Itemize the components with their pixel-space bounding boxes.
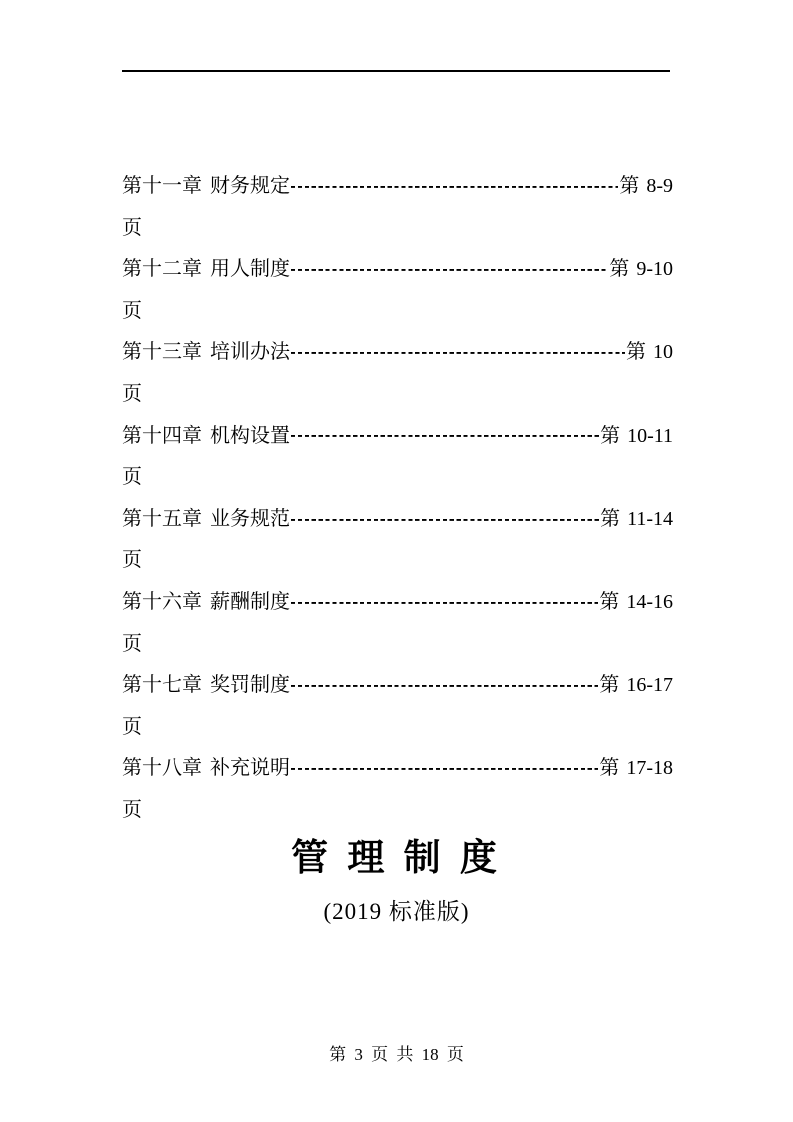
toc-entry: 第十三章 培训办法 第 10 页 bbox=[122, 332, 673, 415]
toc-page-number: 第 9-10 bbox=[609, 249, 673, 291]
doc-title: 管 理 制 度 bbox=[0, 836, 793, 882]
toc-entry: 第十五章 业务规范 第 11-14 页 bbox=[122, 499, 673, 582]
toc-page-number: 第 14-16 bbox=[599, 582, 673, 624]
toc-entry-line: 第十七章 奖罚制度 第 16-17 bbox=[122, 665, 673, 707]
toc-page-number: 第 17-18 bbox=[599, 748, 673, 790]
table-of-contents: 第十一章 财务规定 第 8-9 页 第十二章 用人制度 第 9-10 页 第十三… bbox=[122, 166, 673, 832]
toc-page-number: 第 11-14 bbox=[600, 499, 673, 541]
toc-page-number: 第 10 bbox=[626, 332, 673, 374]
toc-entry: 第十二章 用人制度 第 9-10 页 bbox=[122, 249, 673, 332]
toc-page-number: 第 10-11 bbox=[600, 416, 673, 458]
toc-entry-title: 第十一章 财务规定 bbox=[122, 166, 290, 208]
dash-leader bbox=[291, 332, 625, 374]
toc-entry-title: 第十四章 机构设置 bbox=[122, 416, 290, 458]
dash-leader bbox=[291, 582, 598, 624]
toc-entry-title: 第十二章 用人制度 bbox=[122, 249, 290, 291]
toc-entry: 第十四章 机构设置 第 10-11 页 bbox=[122, 416, 673, 499]
toc-entry: 第十八章 补充说明 第 17-18 页 bbox=[122, 748, 673, 831]
dash-leader bbox=[291, 499, 599, 541]
toc-entry-line: 第十二章 用人制度 第 9-10 bbox=[122, 249, 673, 291]
toc-entry: 第十一章 财务规定 第 8-9 页 bbox=[122, 166, 673, 249]
toc-entry: 第十六章 薪酬制度 第 14-16 页 bbox=[122, 582, 673, 665]
toc-entry-title: 第十五章 业务规范 bbox=[122, 499, 290, 541]
toc-wrap-text: 页 bbox=[122, 707, 673, 749]
dash-leader bbox=[291, 249, 608, 291]
toc-wrap-text: 页 bbox=[122, 208, 673, 250]
toc-wrap-text: 页 bbox=[122, 374, 673, 416]
toc-entry-title: 第十六章 薪酬制度 bbox=[122, 582, 290, 624]
toc-wrap-text: 页 bbox=[122, 624, 673, 666]
toc-entry-line: 第十六章 薪酬制度 第 14-16 bbox=[122, 582, 673, 624]
toc-entry-title: 第十三章 培训办法 bbox=[122, 332, 290, 374]
toc-entry-title: 第十七章 奖罚制度 bbox=[122, 665, 290, 707]
doc-subtitle: (2019 标准版) bbox=[0, 897, 793, 927]
toc-page-number: 第 16-17 bbox=[599, 665, 673, 707]
toc-entry-line: 第十三章 培训办法 第 10 bbox=[122, 332, 673, 374]
toc-entry: 第十七章 奖罚制度 第 16-17 页 bbox=[122, 665, 673, 748]
dash-leader bbox=[291, 748, 598, 790]
toc-page-number: 第 8-9 bbox=[619, 166, 673, 208]
title-block: 管 理 制 度 (2019 标准版) bbox=[0, 836, 793, 927]
document-page: 第十一章 财务规定 第 8-9 页 第十二章 用人制度 第 9-10 页 第十三… bbox=[0, 0, 793, 1122]
toc-entry-line: 第十四章 机构设置 第 10-11 bbox=[122, 416, 673, 458]
dash-leader bbox=[291, 665, 598, 707]
toc-wrap-text: 页 bbox=[122, 790, 673, 832]
page-footer: 第 3 页 共 18 页 bbox=[0, 1040, 793, 1065]
toc-entry-line: 第十八章 补充说明 第 17-18 bbox=[122, 748, 673, 790]
dash-leader bbox=[291, 416, 599, 458]
toc-wrap-text: 页 bbox=[122, 457, 673, 499]
toc-entry-title: 第十八章 补充说明 bbox=[122, 748, 290, 790]
toc-wrap-text: 页 bbox=[122, 540, 673, 582]
header-rule bbox=[122, 70, 670, 72]
dash-leader bbox=[291, 166, 618, 208]
toc-wrap-text: 页 bbox=[122, 291, 673, 333]
toc-entry-line: 第十五章 业务规范 第 11-14 bbox=[122, 499, 673, 541]
toc-entry-line: 第十一章 财务规定 第 8-9 bbox=[122, 166, 673, 208]
